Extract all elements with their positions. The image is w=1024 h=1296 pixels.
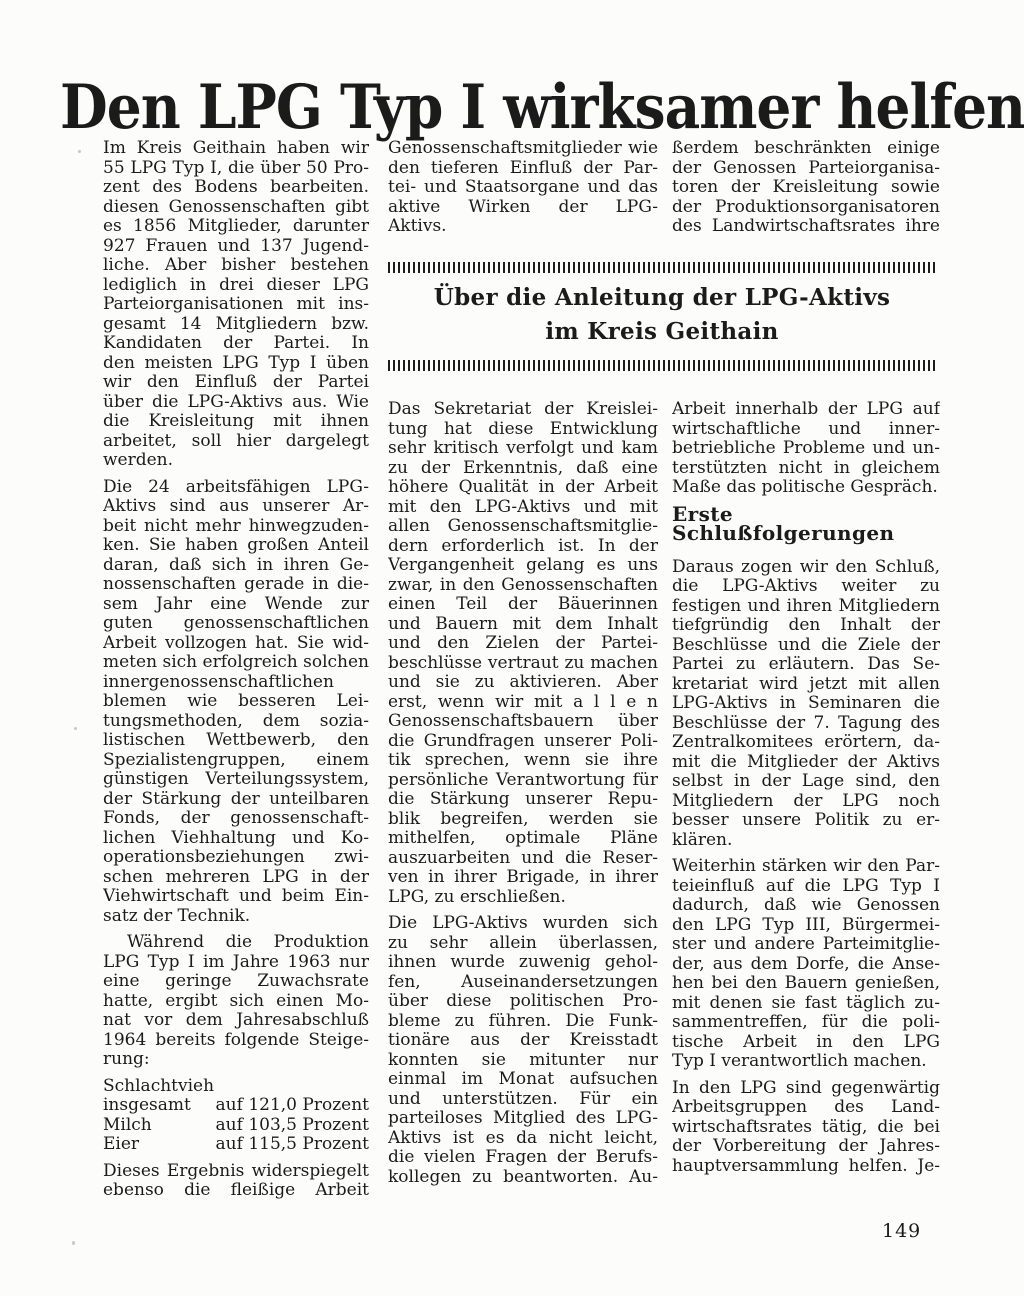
text-line: mit denen sie fast täglich zu-	[672, 994, 940, 1014]
stat-value: auf 103,5 Prozent	[216, 1116, 369, 1136]
text-line: selbst in der Lage sind, den	[672, 772, 940, 792]
text-line: rung:	[103, 1050, 369, 1070]
text-line: tung hat diese Entwicklung	[388, 420, 658, 440]
text-line: Genossenschaftsmitglieder wie	[388, 139, 658, 159]
text-line: einmal im Monat aufsuchen	[388, 1070, 658, 1090]
text-line: den meisten LPG Typ I üben	[103, 354, 369, 374]
text-line: über die LPG-Aktivs aus. Wie	[103, 393, 369, 413]
text-line: und sie zu aktivieren. Aber	[388, 673, 658, 693]
subsection-heading: Erste Schlußfolgerungen	[672, 505, 940, 544]
text-line: der Vorbereitung der Jahres-	[672, 1137, 940, 1157]
text-line: die Grundfragen unserer Poli-	[388, 732, 658, 752]
text-line: teieinfluß auf die LPG Typ I	[672, 877, 940, 897]
text-line: den LPG Typ III, Bürgermei-	[672, 916, 940, 936]
text-line: Kandidaten der Partei. In	[103, 334, 369, 354]
text-line: guten genossenschaftlichen	[103, 614, 369, 634]
text-line: der Genossen Parteiorganisa-	[672, 159, 940, 179]
scan-speck	[78, 150, 81, 153]
text-line: ebenso die fleißige Arbeit aller	[103, 1181, 369, 1201]
paragraph: Dieses Ergebnis widerspiegeltebenso die …	[103, 1162, 369, 1201]
statistic-row: Milchauf 103,5 Prozent	[103, 1116, 369, 1136]
text-line: zent des Bodens bearbeiten. In	[103, 178, 369, 198]
text-line: höhere Qualität in der Arbeit	[388, 478, 658, 498]
text-line: die vielen Fragen der Berufs-	[388, 1148, 658, 1168]
decorative-rule-top	[388, 262, 936, 273]
stat-label: insgesamt	[103, 1096, 191, 1116]
text-line: Typ I verantwortlich machen.	[672, 1052, 940, 1072]
scan-speck	[72, 1241, 75, 1245]
paragraph: Arbeit innerhalb der LPG aufwirtschaftli…	[672, 400, 940, 498]
stat-label: Milch	[103, 1116, 152, 1136]
text-line: sem Jahr eine Wende zur	[103, 595, 369, 615]
page-title: Den LPG Typ I wirksamer helfen	[60, 71, 964, 143]
statistics-list: Schlachtviehinsgesamtauf 121,0 ProzentMi…	[103, 1077, 369, 1155]
text-line: bleme zu führen. Die Funk-	[388, 1012, 658, 1032]
paragraph: Daraus zogen wir den Schluß,die LPG-Akti…	[672, 558, 940, 851]
text-line: Maße das politische Gespräch.	[672, 478, 940, 498]
statistic-row: insgesamtauf 121,0 Prozent	[103, 1096, 369, 1116]
text-line: lichen Viehhaltung und Ko-	[103, 829, 369, 849]
text-line: betriebliche Probleme und un-	[672, 439, 940, 459]
text-line: LPG Typ I im Jahre 1963 nur	[103, 953, 369, 973]
text-line: Weiterhin stärken wir den Par-	[672, 857, 940, 877]
text-line: tungsmethoden, dem sozia-	[103, 712, 369, 732]
text-line: listischen Wettbewerb, den	[103, 731, 369, 751]
text-line: und den Zielen der Partei-	[388, 634, 658, 654]
statistic-row: Schlachtvieh	[103, 1077, 369, 1097]
text-line: 927 Frauen und 137 Jugend-	[103, 237, 369, 257]
paragraph: Das Sekretariat der Kreislei-tung hat di…	[388, 400, 658, 907]
text-line: operationsbeziehungen zwi-	[103, 848, 369, 868]
text-line: fen, Auseinandersetzungen	[388, 973, 658, 993]
column-right-lower: Arbeit innerhalb der LPG aufwirtschaftli…	[672, 400, 940, 1176]
text-line: Daraus zogen wir den Schluß,	[672, 558, 940, 578]
section-title-line1: Über die Anleitung der LPG-Aktivs	[388, 281, 936, 315]
text-line: klären.	[672, 831, 940, 851]
text-line: blemen wie besseren Lei-	[103, 692, 369, 712]
text-line: mit die Mitglieder der Aktivs	[672, 753, 940, 773]
text-line: nossenschaften gerade in die-	[103, 575, 369, 595]
text-line: tiefgründig den Inhalt der	[672, 616, 940, 636]
text-line: Aktivs sind aus unserer Ar-	[103, 497, 369, 517]
text-line: dadurch, daß wie Genossen aus	[672, 896, 940, 916]
text-line: In den LPG sind gegenwärtig	[672, 1079, 940, 1099]
text-line: wir den Einfluß der Partei	[103, 373, 369, 393]
paragraph: Die 24 arbeitsfähigen LPG-Aktivs sind au…	[103, 478, 369, 927]
text-line: mithelfen, optimale Pläne	[388, 829, 658, 849]
text-line: hen bei den Bauern genießen,	[672, 974, 940, 994]
column-middle-lower: Das Sekretariat der Kreislei-tung hat di…	[388, 400, 658, 1187]
text-line: LPG-Aktivs in Seminaren die	[672, 694, 940, 714]
magazine-page: Den LPG Typ I wirksamer helfen Im Kreis …	[0, 0, 1024, 1296]
text-line: festigen und ihren Mitgliedern	[672, 597, 940, 617]
text-line: zu sehr allein überlassen,	[388, 934, 658, 954]
text-line: hauptversammlung helfen. Je-	[672, 1157, 940, 1177]
text-line: ster und andere Parteimitglie-	[672, 935, 940, 955]
text-line: auszuarbeiten und die Reser-	[388, 849, 658, 869]
text-line: Dieses Ergebnis widerspiegelt	[103, 1162, 369, 1182]
text-line: und Bauern mit dem Inhalt	[388, 615, 658, 635]
text-line: lediglich in drei dieser LPG	[103, 276, 369, 296]
section-title: Über die Anleitung der LPG-Aktivs im Kre…	[388, 281, 936, 349]
text-line: allen Genossenschaftsmitglie-	[388, 517, 658, 537]
text-line: die Kreisleitung mit ihnen	[103, 412, 369, 432]
text-line: werden.	[103, 451, 369, 471]
text-line: zwar, in den Genossenschaften	[388, 576, 658, 596]
text-line: sehr kritisch verfolgt und kam	[388, 439, 658, 459]
text-line: Das Sekretariat der Kreislei-	[388, 400, 658, 420]
text-line: der, aus dem Dorfe, die Anse-	[672, 955, 940, 975]
text-line: Vergangenheit gelang es uns	[388, 556, 658, 576]
text-line: Arbeit innerhalb der LPG auf	[672, 400, 940, 420]
scan-speck	[929, 741, 933, 745]
text-line: über diese politischen Pro-	[388, 992, 658, 1012]
text-line: es 1856 Mitglieder, darunter	[103, 217, 369, 237]
text-line: satz der Technik.	[103, 907, 369, 927]
scan-speck	[74, 727, 77, 730]
text-line: Fonds, der genossenschaft-	[103, 809, 369, 829]
text-line: einen Teil der Bäuerinnen	[388, 595, 658, 615]
text-line: kollegen zu beantworten. Au-	[388, 1168, 658, 1188]
text-line: der Produktionsorganisatoren	[672, 198, 940, 218]
page-number: 149	[882, 1220, 921, 1242]
stat-value: auf 121,0 Prozent	[216, 1096, 369, 1116]
text-line: der Stärkung der unteilbaren	[103, 790, 369, 810]
paragraph: ßerdem beschränkten einigeder Genossen P…	[672, 139, 940, 237]
section-title-line2: im Kreis Geithain	[388, 315, 936, 349]
text-line: wirtschaftsrates tätig, die bei	[672, 1118, 940, 1138]
text-line: persönliche Verantwortung für	[388, 771, 658, 791]
text-line: zu der Erkenntnis, daß eine	[388, 459, 658, 479]
text-line: Mitgliedern der LPG noch	[672, 792, 940, 812]
text-line: nat vor dem Jahresabschluß	[103, 1011, 369, 1031]
text-line: sammentreffen, für die poli-	[672, 1013, 940, 1033]
text-line: beschlüsse vertraut zu machen	[388, 654, 658, 674]
text-line: toren der Kreisleitung sowie	[672, 178, 940, 198]
text-line: 1964 bereits folgende Steige-	[103, 1031, 369, 1051]
text-line: tische Arbeit in den LPG	[672, 1033, 940, 1053]
text-line: ken. Sie haben großen Anteil	[103, 536, 369, 556]
text-line: Zentralkomitees erörtern, da-	[672, 733, 940, 753]
text-line: diesen Genossenschaften gibt	[103, 198, 369, 218]
stat-value: auf 115,5 Prozent	[216, 1135, 369, 1155]
text-line: wirtschaftliche und inner-	[672, 420, 940, 440]
text-line: Spezialistengruppen, einem	[103, 751, 369, 771]
text-line: Arbeit vollzogen hat. Sie wid-	[103, 634, 369, 654]
paragraph: Weiterhin stärken wir den Par-teieinfluß…	[672, 857, 940, 1072]
stat-label: Schlachtvieh	[103, 1077, 214, 1097]
text-line: parteiloses Mitglied des LPG-	[388, 1109, 658, 1129]
paragraph: In den LPG sind gegenwärtigArbeitsgruppe…	[672, 1079, 940, 1177]
text-line: kretariat wird jetzt mit allen	[672, 675, 940, 695]
paragraph: Während die Produktion derLPG Typ I im J…	[103, 933, 369, 1070]
text-line: Beschlüsse und die Ziele der	[672, 636, 940, 656]
text-line: gesamt 14 Mitgliedern bzw.	[103, 315, 369, 335]
text-line: innergenossenschaftlichen Pro-	[103, 673, 369, 693]
text-line: ßerdem beschränkten einige	[672, 139, 940, 159]
text-line: arbeitet, soll hier dargelegt	[103, 432, 369, 452]
text-line: besser unsere Politik zu er-	[672, 811, 940, 831]
text-line: erst, wenn wir mit a l l e n	[388, 693, 658, 713]
text-line: dern erforderlich ist. In der	[388, 537, 658, 557]
text-line: die Stärkung unserer Repu-	[388, 790, 658, 810]
text-line: daran, daß sich in ihren Ge-	[103, 556, 369, 576]
text-line: Die LPG-Aktivs wurden sich	[388, 914, 658, 934]
text-line: eine geringe Zuwachsrate	[103, 972, 369, 992]
text-line: Aktivs.	[388, 217, 658, 237]
text-line: meten sich erfolgreich solchen	[103, 653, 369, 673]
stat-label: Eier	[103, 1135, 139, 1155]
text-line: Genossenschaftsbauern über	[388, 712, 658, 732]
text-line: beit nicht mehr hinwegzuden-	[103, 517, 369, 537]
text-line: Viehwirtschaft und beim Ein-	[103, 887, 369, 907]
text-line: liche. Aber bisher bestehen	[103, 256, 369, 276]
text-line: des Landwirtschaftsrates ihre	[672, 217, 940, 237]
text-line: Arbeitsgruppen des Land-	[672, 1098, 940, 1118]
paragraph: Die LPG-Aktivs wurden sichzu sehr allein…	[388, 914, 658, 1187]
text-line: Die 24 arbeitsfähigen LPG-	[103, 478, 369, 498]
text-line: Während die Produktion der	[103, 933, 369, 953]
text-line: tionäre aus der Kreisstadt	[388, 1031, 658, 1051]
statistic-row: Eierauf 115,5 Prozent	[103, 1135, 369, 1155]
text-line: Aktivs ist es da nicht leicht,	[388, 1129, 658, 1149]
decorative-rule-bottom	[388, 360, 936, 371]
text-line: den tieferen Einfluß der Par-	[388, 159, 658, 179]
text-line: 55 LPG Typ I, die über 50 Pro-	[103, 159, 369, 179]
text-line: terstützten nicht in gleichem	[672, 459, 940, 479]
text-line: schen mehreren LPG in der	[103, 868, 369, 888]
paragraph: Im Kreis Geithain haben wir55 LPG Typ I,…	[103, 139, 369, 471]
text-line: tei- und Staatsorgane und das	[388, 178, 658, 198]
text-line: und unterstützen. Für ein	[388, 1090, 658, 1110]
paragraph: Genossenschaftsmitglieder wieden tiefere…	[388, 139, 658, 237]
text-line: Im Kreis Geithain haben wir	[103, 139, 369, 159]
text-line: ven in ihrer Brigade, in ihrer	[388, 868, 658, 888]
column-right-upper: ßerdem beschränkten einigeder Genossen P…	[672, 139, 940, 237]
text-line: Parteiorganisationen mit ins-	[103, 295, 369, 315]
text-line: konnten sie mitunter nur	[388, 1051, 658, 1071]
text-line: aktive Wirken der LPG-	[388, 198, 658, 218]
text-line: blik begreifen, werden sie	[388, 810, 658, 830]
column-left: Im Kreis Geithain haben wir55 LPG Typ I,…	[103, 139, 369, 1201]
column-middle-upper: Genossenschaftsmitglieder wieden tiefere…	[388, 139, 658, 237]
text-line: ihnen wurde zuwenig gehol-	[388, 953, 658, 973]
text-line: günstigen Verteilungssystem,	[103, 770, 369, 790]
text-line: mit den LPG-Aktivs und mit	[388, 498, 658, 518]
text-line: tik sprechen, wenn sie ihre	[388, 751, 658, 771]
text-line: Beschlüsse der 7. Tagung des	[672, 714, 940, 734]
text-line: hatte, ergibt sich einen Mo-	[103, 992, 369, 1012]
text-line: die LPG-Aktivs weiter zu	[672, 577, 940, 597]
text-line: LPG, zu erschließen.	[388, 888, 658, 908]
text-line: Partei zu erläutern. Das Se-	[672, 655, 940, 675]
